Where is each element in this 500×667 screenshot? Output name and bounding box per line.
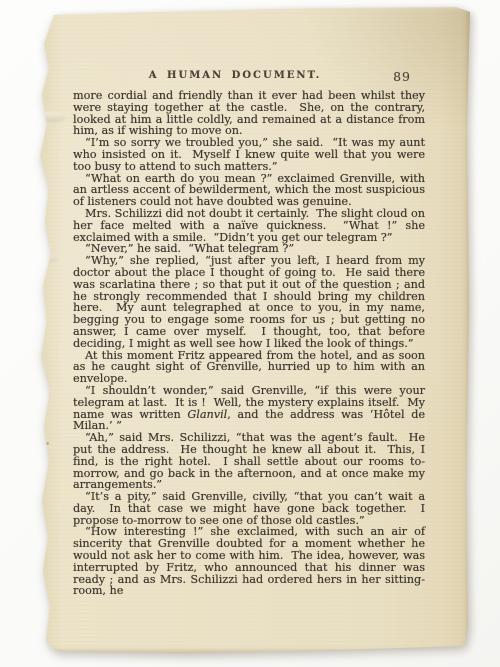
paper-crease [38, 256, 58, 264]
paragraph: “I’m so sorry we troubled you,” she said… [73, 137, 425, 172]
paper-speck [46, 442, 49, 445]
page-text: more cordial and friendly than it ever h… [73, 90, 425, 597]
book-page: A HUMAN DOCUMENT. 89 more cordial and fr… [36, 6, 470, 654]
paragraph: “How interesting !” she exclaimed, with … [73, 526, 425, 597]
paragraph: “Why,” she replied, “just after you left… [73, 255, 425, 349]
paragraph: “I shouldn’t wonder,” said Grenville, “i… [73, 385, 425, 432]
paragraph: “What on earth do you mean ?” exclaimed … [73, 173, 425, 208]
paragraph: more cordial and friendly than it ever h… [73, 90, 425, 137]
italic-word: Glanvil [187, 408, 227, 421]
paragraph: “It’s a pity,” said Grenville, civilly, … [73, 491, 425, 526]
paper-speck [43, 522, 45, 524]
page-header: A HUMAN DOCUMENT. 89 [73, 70, 425, 86]
paper-crease [36, 111, 66, 123]
paragraph: Mrs. Schilizzi did not doubt it certainl… [73, 208, 425, 243]
page-number: 89 [393, 69, 411, 84]
paragraph: “Ah,” said Mrs. Schilizzi, “that was the… [73, 432, 425, 491]
book-page-shadow: A HUMAN DOCUMENT. 89 more cordial and fr… [36, 6, 470, 654]
scan-background: A HUMAN DOCUMENT. 89 more cordial and fr… [0, 0, 500, 667]
paragraph: At this moment Fritz appeared from the h… [73, 350, 425, 385]
running-title: A HUMAN DOCUMENT. [59, 70, 411, 81]
